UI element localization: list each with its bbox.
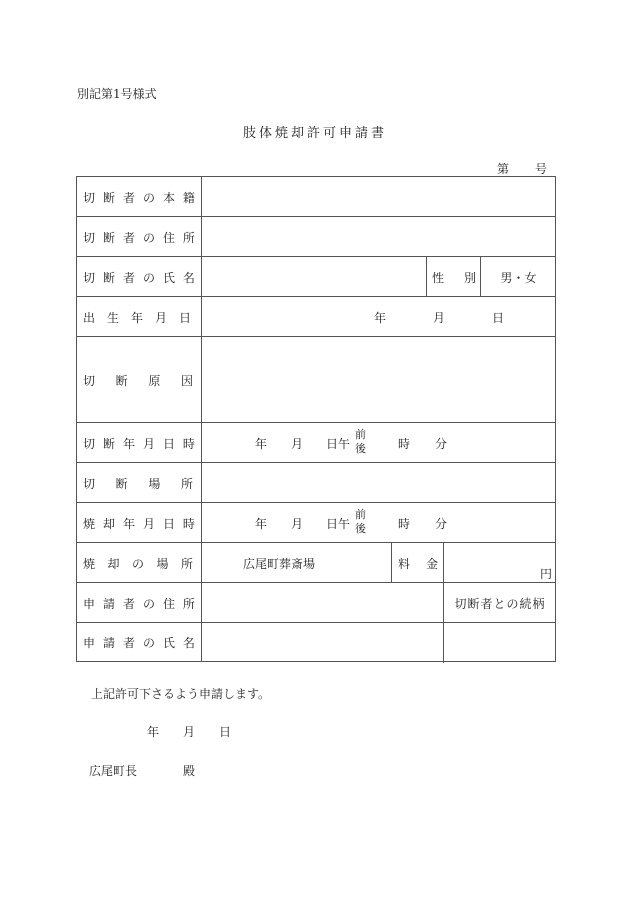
- label-amputee-domicile: 切断者の本籍: [77, 177, 201, 217]
- addressee: 広尾町長: [89, 762, 137, 779]
- label-fee: 料金: [398, 543, 438, 583]
- label-amputation-datetime: 切断年月日時: [77, 423, 201, 463]
- amputee-name-field[interactable]: [202, 257, 426, 297]
- document-title: 肢体焼却許可申請書: [0, 122, 630, 141]
- honorific: 殿: [183, 762, 195, 779]
- applicant-name-field[interactable]: [202, 623, 443, 662]
- label-amputee-address: 切断者の住所: [77, 217, 201, 257]
- label-applicant-name: 申請者の氏名: [77, 623, 201, 662]
- number-suffix: 号: [535, 162, 547, 176]
- footer-year: 年: [147, 723, 159, 740]
- amputation-place-field[interactable]: [202, 463, 556, 503]
- label-applicant-address: 申請者の住所: [77, 583, 201, 623]
- amputee-address-field[interactable]: [202, 217, 556, 257]
- label-amputation-place: 切断場所: [77, 463, 201, 503]
- footer-month: 月: [183, 723, 195, 740]
- application-statement: 上記許可下さるよう申請します。: [91, 685, 270, 702]
- applicant-address-field[interactable]: [202, 583, 443, 623]
- label-birth-date: 出生年月日: [77, 297, 201, 337]
- label-cremation-datetime: 焼却年月日時: [77, 503, 201, 543]
- fee-field[interactable]: 円: [444, 543, 556, 583]
- label-cremation-place: 焼却の場所: [77, 543, 201, 583]
- amputee-domicile-field[interactable]: [202, 177, 556, 217]
- amputation-datetime-field[interactable]: 年 月 日午 前 後 時 分: [202, 423, 556, 463]
- label-amputation-cause: 切断原因: [77, 337, 201, 423]
- label-relation-to-amputee: 切断者との続柄: [444, 583, 556, 623]
- application-table: 切断者の本籍 切断者の住所 切断者の氏名 性別 男・女 出生年月日 年 月 日 …: [76, 176, 556, 662]
- yen-unit: 円: [540, 565, 552, 582]
- footer-day: 日: [219, 723, 231, 740]
- cremation-datetime-field[interactable]: 年 月 日午 前 後 時 分: [202, 503, 556, 543]
- cremation-place-value: 広尾町葬斎場: [202, 543, 391, 583]
- amputation-cause-field[interactable]: [202, 337, 556, 423]
- label-amputee-name: 切断者の氏名: [77, 257, 201, 297]
- form-number: 別記第1号様式: [77, 85, 157, 102]
- application-number: 第号: [497, 160, 547, 177]
- sex-select[interactable]: 男・女: [481, 257, 556, 297]
- label-sex: 性別: [432, 257, 476, 297]
- number-prefix: 第: [497, 162, 509, 176]
- birth-date-field[interactable]: 年 月 日: [202, 297, 556, 337]
- relation-field[interactable]: [444, 623, 556, 662]
